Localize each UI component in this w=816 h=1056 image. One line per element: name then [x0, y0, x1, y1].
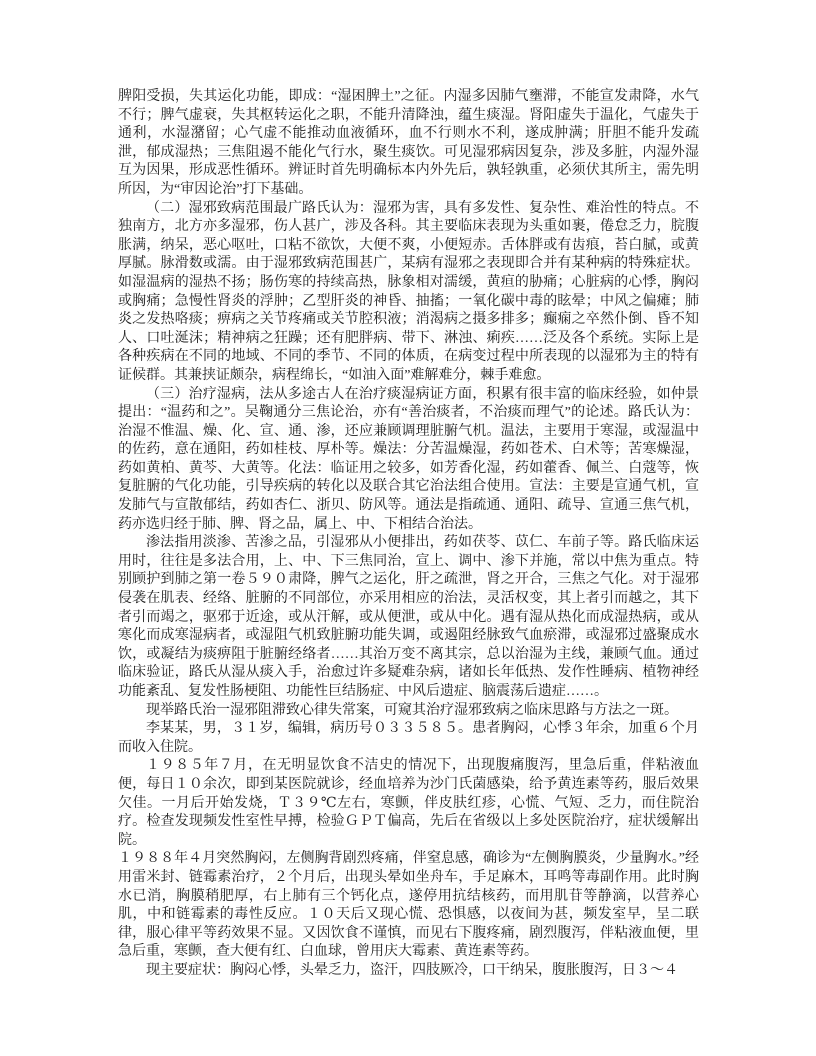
paragraph-section-2-damp-disease-range: （二）湿邪致病范围最广路氏认为：湿邪为害，具有多发性、复杂性、难治性的特点。不独… — [118, 200, 699, 386]
paragraph-history-1985: １９８５年７月，在无明显饮食不洁史的情况下，出现腹痛腹泻，里急后重，伴粘液血便，… — [118, 757, 699, 850]
paragraph-patient-info: 李某某，男，３１岁，编辑，病历号０３３５８５。患者胸闷，心悸３年余，加重６个月而… — [118, 720, 699, 757]
paragraph-current-symptoms: 现主要症状：胸闷心悸，头晕乏力，盗汗，四肢厥冷，口干纳呆，腹胀腹泻，日３～４ — [118, 962, 699, 981]
paragraph-damp-pathogenesis: 脾阳受损，失其运化功能，即成：“湿困脾土”之征。内湿多因肺气壅滞，不能宣发肃降，… — [118, 88, 699, 200]
paragraph-history-1988: １９８８年４月突然胸闷，左侧胸背剧烈疼痛，伴窒息感，确诊为“左侧胸膜炎，少量胸水… — [118, 850, 699, 962]
document-page: 脾阳受损，失其运化功能，即成：“湿困脾土”之征。内湿多因肺气壅滞，不能宣发肃降，… — [118, 88, 699, 981]
paragraph-shen-method: 渗法指用淡渗、苦渗之品，引湿邪从小便排出，药如茯苓、苡仁、车前子等。路氏临床运用… — [118, 534, 699, 701]
paragraph-case-introduction: 现举路氏治一湿邪阻滞致心律失常案，可窥其治疗湿邪致病之临床思路与方法之一斑。 — [118, 702, 699, 721]
paragraph-section-3-treatment-methods: （三）治疗湿病，法从多途古人在治疗痰湿病证方面，积累有很丰富的临床经验，如仲景提… — [118, 386, 699, 535]
